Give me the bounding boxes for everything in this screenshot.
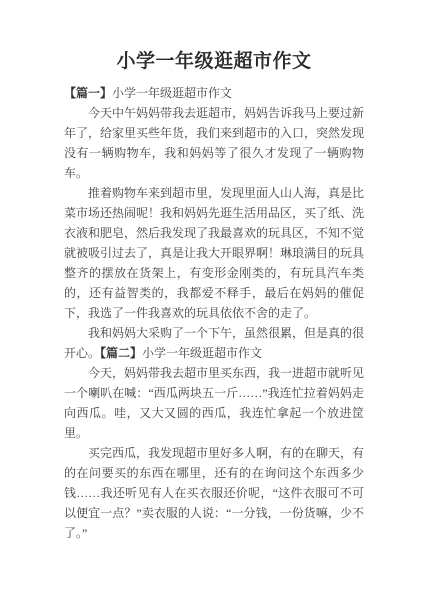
section-two-heading-title: 小学一年级逛超市作文 [142,346,262,360]
essay-title: 小学一年级逛超市作文 [64,50,364,73]
essay-document-page: 小学一年级逛超市作文 【篇一】小学一年级逛超市作文 今天中午妈妈带我去逛超市，妈… [0,0,424,600]
essay-body: 【篇一】小学一年级逛超市作文 今天中午妈妈带我去逛超市，妈妈告诉我马上要过新年了… [64,83,364,543]
section-two-marker: 【篇二】 [100,346,142,360]
paragraph-1: 今天中午妈妈带我去逛超市，妈妈告诉我马上要过新年了，给家里买些年货，我们来到超市… [64,103,364,183]
paragraph-2: 推着购物车来到超市里，发现里面人山人海，真是比菜市场还热闹呢！我和妈妈先逛生活用… [64,183,364,323]
paragraph-3: 我和妈妈大采购了一个下午，虽然很累，但是真的很开心。【篇二】小学一年级逛超市作文 [64,323,364,363]
section-one-marker: 【篇一】 [64,86,112,100]
paragraph-5: 买完西瓜，我发现超市里好多人啊，有的在聊天，有的在问要买的东西在哪里，还有的在询… [64,443,364,543]
section-one-heading: 【篇一】小学一年级逛超市作文 [64,83,364,103]
section-one-heading-title: 小学一年级逛超市作文 [112,86,232,100]
paragraph-4: 今天，妈妈带我去超市里买东西，我一进超市就听见一个喇叭在喊：“西瓜两块五一斤……… [64,363,364,443]
